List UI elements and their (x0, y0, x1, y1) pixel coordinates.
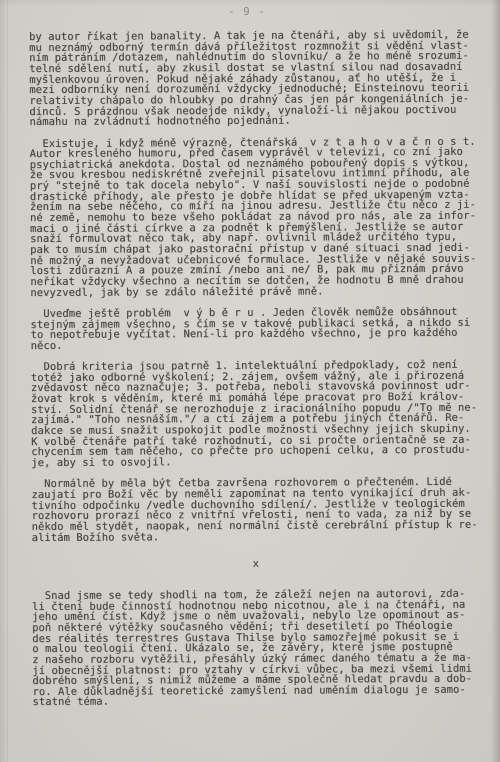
paragraph: by autor říkat jen banality. A tak je na… (29, 30, 477, 128)
scan-edge-line (7, 0, 8, 762)
paragraph: Existuje, i když méně výrazně, čtenářská… (30, 136, 479, 298)
paragraph-group-after-divider: Snad jsme se tedy shodli na tom, že zále… (32, 589, 481, 709)
paragraph: Dobrá kriteria jsou patrně 1. intelektuá… (31, 360, 480, 469)
document-body: by autor říkat jen banality. A tak je na… (29, 30, 481, 708)
paragraph: Uveďme ještě problém v ý b ě r u . Jeden… (30, 307, 478, 352)
scanned-typewritten-page: - 9 - by autor říkat jen banality. A tak… (0, 0, 500, 762)
section-divider: x (32, 558, 480, 571)
paragraph: Normálně by měla být četba završena rozh… (31, 477, 479, 543)
page-number: - 9 - (0, 6, 494, 18)
paragraph: Snad jsme se tedy shodli na tom, že zále… (32, 589, 481, 709)
paragraph-group-before-divider: by autor říkat jen banality. A tak je na… (29, 30, 480, 544)
